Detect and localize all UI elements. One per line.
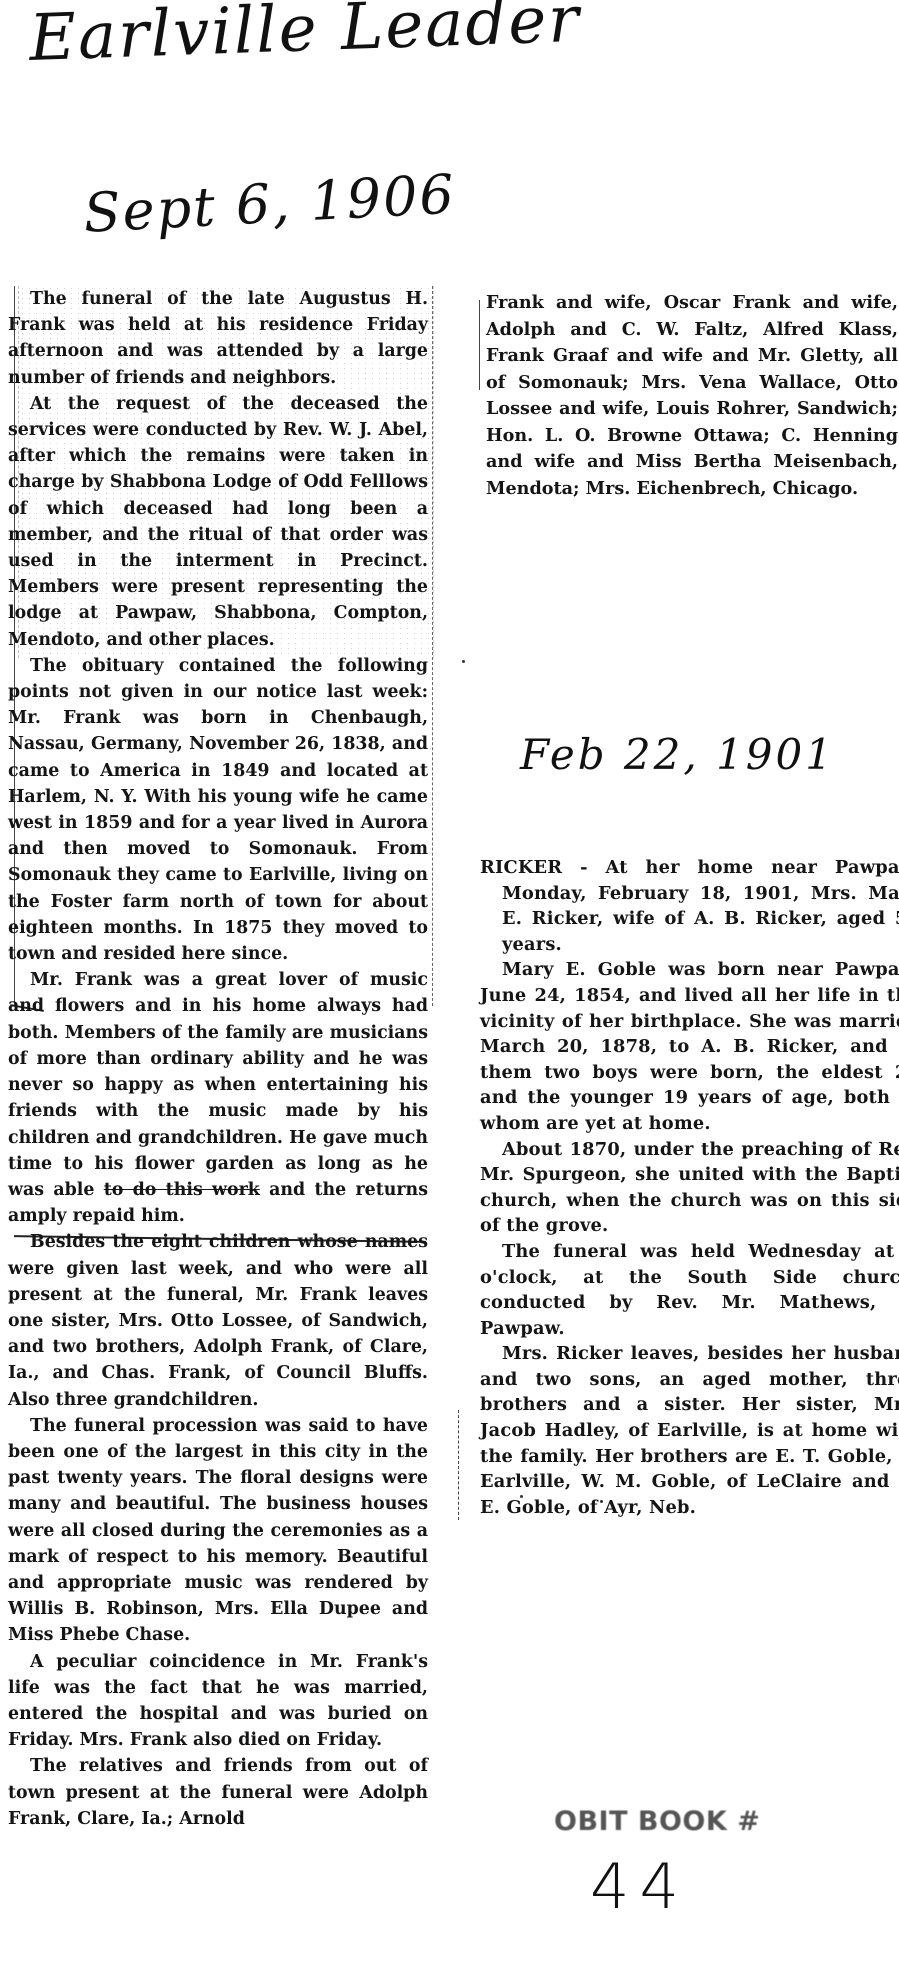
ricker-paragraph: The funeral was held Wednesday at 2 o'cl… [480,1239,899,1341]
ricker-headline: RICKER [480,857,562,878]
date-handwritten-1906: Sept 6, 1906 [82,163,457,245]
ricker-paragraph: Mrs. Ricker leaves, besides her husband … [480,1341,899,1520]
continuation-paragraph: Frank and wife, Oscar Frank and wife, Ad… [486,290,898,502]
print-speck [520,1495,523,1498]
obit-book-number-handwritten: 44 [590,1850,689,1923]
date-handwritten-1901: Feb 22, 1901 [520,730,835,779]
frank-paragraph: At the request of the deceased the servi… [8,391,428,653]
ricker-paragraph: Mary E. Goble was born near Pawpaw, June… [480,957,899,1136]
print-speck [600,1500,603,1503]
frank-paragraph: The funeral procession was said to have … [8,1413,428,1649]
struck-through-text: to do this work [104,1180,260,1200]
frank-paragraph: The funeral of the late Augustus H. Fran… [8,286,428,391]
ricker-obituary-column: RICKER - At her home near Pawpaw, Monday… [480,855,899,1520]
newspaper-title-handwritten: Earlville Leader [28,0,582,76]
column-rule-right [432,286,433,1006]
column-rule-continuation [479,300,480,390]
frank-paragraph: Besides the eight children whose names w… [8,1229,428,1412]
frank-paragraph: A peculiar coincidence in Mr. Frank's li… [8,1649,428,1754]
frank-paragraph: The obituary contained the following poi… [8,653,428,967]
frank-obituary-column: The funeral of the late Augustus H. Fran… [8,286,428,1832]
frank-obituary-continuation: Frank and wife, Oscar Frank and wife, Ad… [486,290,898,502]
ricker-lead: RICKER - At her home near Pawpaw, Monday… [480,855,899,957]
ricker-paragraph: About 1870, under the preaching of Rev. … [480,1137,899,1239]
obit-book-stamp: OBIT BOOK # [554,1806,760,1837]
column-rule-ricker [458,1410,459,1520]
frank-paragraph-music: Mr. Frank was a great lover of music and… [8,967,428,1229]
print-speck [462,660,465,663]
frank-paragraph-text: Mr. Frank was a great lover of music and… [8,970,428,1200]
frank-paragraph: The relatives and friends from out of to… [8,1753,428,1832]
ricker-lead-text: - At her home near Pawpaw, Monday, Febru… [502,857,899,955]
